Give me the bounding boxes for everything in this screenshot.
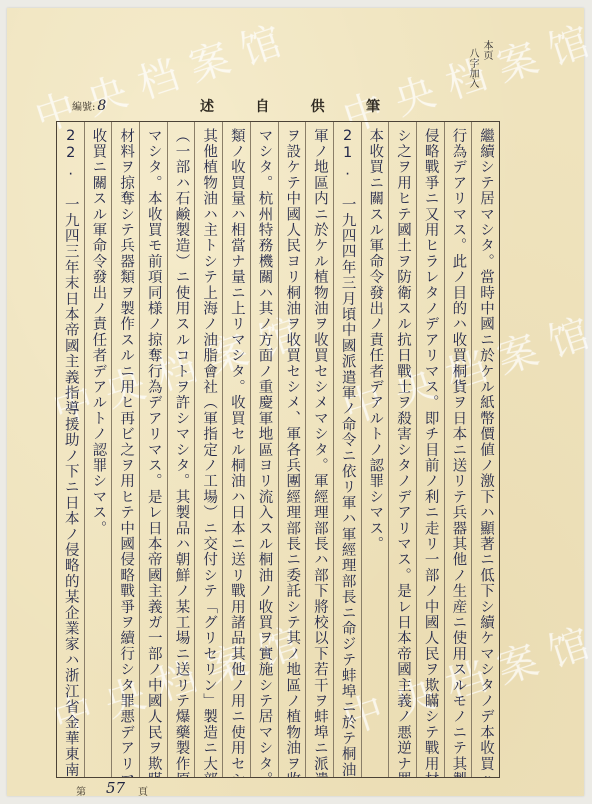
page-label-prefix: 第 <box>76 783 86 798</box>
text-column: 軍ノ地區内ニ於ケル植物油ヲ收買セシメマシタ。軍經理部長ハ部下將校以下若干ヲ蚌埠ニ… <box>305 122 333 777</box>
page-label-suffix: 頁 <box>138 783 148 798</box>
text-column: シ之ヲ用ヒテ國土ヲ防衛スル抗日戰士ヲ殺害シタノデアリマス。是レ日本帝國主義ノ悪逆… <box>388 122 416 777</box>
column-text: 收買ニ關スル軍命令發出ノ責任者デアルトノ認罪シマス。 <box>85 128 112 777</box>
column-text: 類ノ收買量ハ相當ナ量ニ上リマシタ。收買セル桐油ハ日本ニ送リ戰用諸品其他ノ用ニ使用… <box>223 128 250 777</box>
text-column: 本收買ニ關スル軍命令發出ノ責任者デアルトノ認罪シマス。 <box>361 122 389 777</box>
column-text: 22. 一九四三年末日本帝國主義指導援助ノ下ニ日本ノ侵略的某企業家ハ浙江省金華東… <box>57 128 84 777</box>
column-text: 本收買ニ關スル軍命令發出ノ責任者デアルトノ認罪シマス。 <box>362 128 389 777</box>
corner-note-line: 八字加入 <box>466 48 478 88</box>
text-column: 22. 一九四三年末日本帝國主義指導援助ノ下ニ日本ノ侵略的某企業家ハ浙江省金華東… <box>57 122 84 777</box>
text-column: マシタ。杭州特務機關ハ其ノ方面ノ重慶軍地區ヨリ流入スル桐油ノ收買ヲ實施シテ居マシ… <box>250 122 278 777</box>
manuscript-grid: 繼續シテ居マシタ。當時中國ニ於ケル紙幣價値ノ激下ハ顯著ニ低下シ續ケマシタノデ本收… <box>56 121 500 778</box>
corner-annotation: 本页 八字加入 <box>462 40 502 100</box>
text-column: 材料ヲ掠奪シテ兵器類ヲ製作スルニ用ヒ再ビ之ヲ用ヒテ中國侵略戰爭ヲ續行シタ罪悪デア… <box>111 122 139 777</box>
text-column: 收買ニ關スル軍命令發出ノ責任者デアルトノ認罪シマス。 <box>84 122 112 777</box>
page-number: 57 <box>106 779 125 797</box>
column-text: 材料ヲ掠奪シテ兵器類ヲ製作スルニ用ヒ再ビ之ヲ用ヒテ中國侵略戰爭ヲ續行シタ罪悪デア… <box>112 128 139 777</box>
column-text: マシタ。本收買モ前項同様ノ掠奪行為デアリマス。是レ日本帝國主義ガ一部ノ中國人民ヲ… <box>140 128 167 777</box>
text-column: 侵略戰爭ニ又用ヒラレタノデアリマス。即チ目前ノ利ニ走リ一部ノ中國人民ヲ欺瞞シテ戰… <box>416 122 444 777</box>
text-column: （一部ハ石鹸製造）ニ使用スルコトヲ許シマシタ。其製品ハ朝鮮ノ某工場ニ送リテ爆藥製… <box>167 122 195 777</box>
document-title: 述 自 供 筆 <box>200 96 380 116</box>
column-text: 行為デアリマス。此ノ目的ハ收買桐貨ヲ日本ニ送リテ兵器其他ノ生産ニ使用スルモノニテ… <box>445 128 472 777</box>
serial-number: 編號:8 <box>72 98 106 114</box>
text-column: 行為デアリマス。此ノ目的ハ收買桐貨ヲ日本ニ送リテ兵器其他ノ生産ニ使用スルモノニテ… <box>444 122 472 777</box>
column-text: マシタ。杭州特務機關ハ其ノ方面ノ重慶軍地區ヨリ流入スル桐油ノ收買ヲ實施シテ居マシ… <box>251 128 278 777</box>
title-char: 筆 <box>366 96 380 116</box>
title-char: 自 <box>255 96 269 116</box>
serial-value: 8 <box>97 98 106 114</box>
title-char: 供 <box>311 96 325 116</box>
text-column: 21. 一九四四年三月頃中國派遣軍ノ命令ニ依リ軍ハ軍經理部長ニ命ジテ蚌埠ニ於テ桐… <box>333 122 361 777</box>
text-column: マシタ。本收買モ前項同様ノ掠奪行為デアリマス。是レ日本帝國主義ガ一部ノ中國人民ヲ… <box>139 122 167 777</box>
column-text: ヲ設ケテ中國人民ヨリ桐油ヲ收買セシメ、軍各兵團經理部長ニ委託シテ其ノ地區ノ植物油… <box>279 128 306 777</box>
title-char: 述 <box>200 96 214 116</box>
text-column: 繼續シテ居マシタ。當時中國ニ於ケル紙幣價値ノ激下ハ顯著ニ低下シ續ケマシタノデ本收… <box>471 122 499 777</box>
serial-label: 編號: <box>72 102 95 113</box>
column-text: 軍ノ地區内ニ於ケル植物油ヲ收買セシメマシタ。軍經理部長ハ部下將校以下若干ヲ蚌埠ニ… <box>306 128 333 777</box>
column-text: （一部ハ石鹸製造）ニ使用スルコトヲ許シマシタ。其製品ハ朝鮮ノ某工場ニ送リテ爆藥製… <box>168 128 195 777</box>
text-column: ヲ設ケテ中國人民ヨリ桐油ヲ收買セシメ、軍各兵團經理部長ニ委託シテ其ノ地區ノ植物油… <box>278 122 306 777</box>
text-column: 類ノ收買量ハ相當ナ量ニ上リマシタ。收買セル桐油ハ日本ニ送リ戰用諸品其他ノ用ニ使用… <box>222 122 250 777</box>
corner-note-line: 本页 <box>480 40 492 60</box>
text-column: 其他植物油ハ主トシテ上海ノ油脂會社（軍指定ノ工場）ニ交付シテ「グリセリン」製造ニ… <box>194 122 222 777</box>
column-text: 21. 一九四四年三月頃中國派遣軍ノ命令ニ依リ軍ハ軍經理部長ニ命ジテ蚌埠ニ於テ桐… <box>334 128 361 777</box>
column-text: 其他植物油ハ主トシテ上海ノ油脂會社（軍指定ノ工場）ニ交付シテ「グリセリン」製造ニ… <box>195 128 222 777</box>
column-text: 繼續シテ居マシタ。當時中國ニ於ケル紙幣價値ノ激下ハ顯著ニ低下シ續ケマシタノデ本收… <box>472 128 499 777</box>
column-text: シ之ヲ用ヒテ國土ヲ防衛スル抗日戰士ヲ殺害シタノデアリマス。是レ日本帝國主義ノ悪逆… <box>389 128 416 777</box>
column-text: 侵略戰爭ニ又用ヒラレタノデアリマス。即チ目前ノ利ニ走リ一部ノ中國人民ヲ欺瞞シテ戰… <box>417 128 444 777</box>
